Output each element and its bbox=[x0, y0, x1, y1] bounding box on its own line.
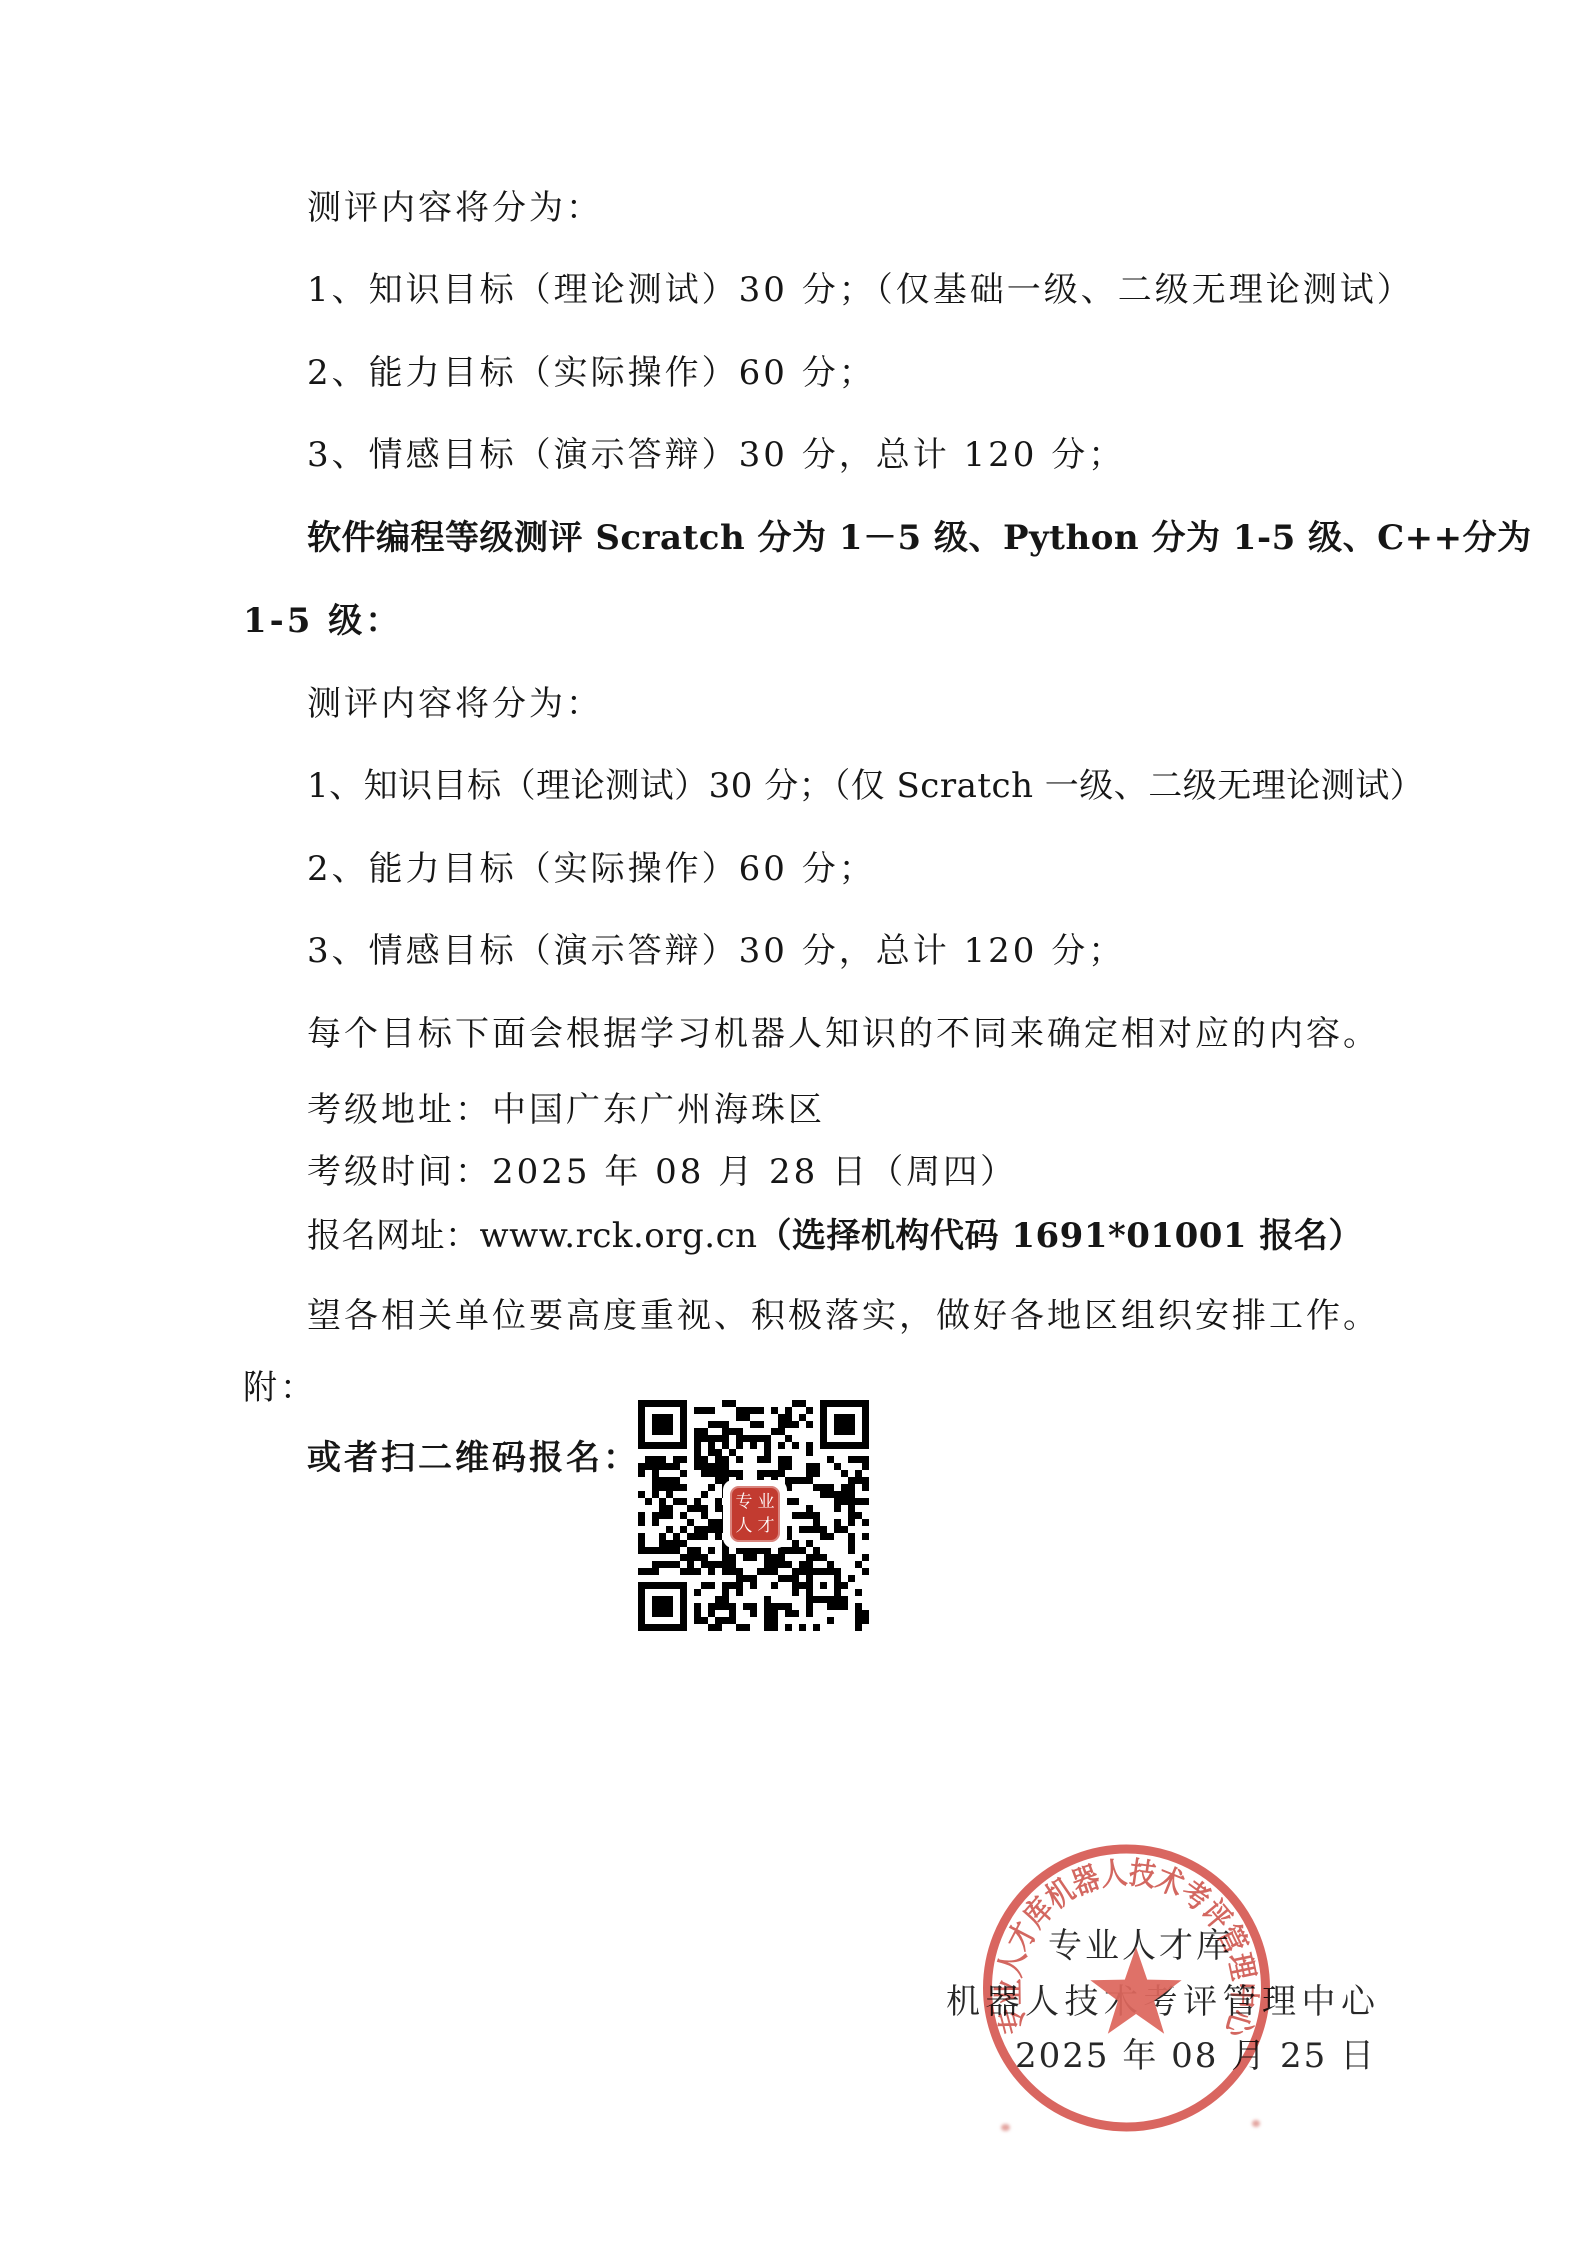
stamp-star-icon bbox=[1081, 1947, 1191, 2042]
paragraph-ability-1: 2、能力目标（实际操作）60 分； bbox=[307, 345, 876, 394]
paragraph-exam-date: 考级时间：2025 年 08 月 28 日（周四） bbox=[307, 1144, 1017, 1193]
paragraph-software-levels: 软件编程等级测评 Scratch 分为 1－5 级、Python 分为 1-5 … bbox=[307, 510, 1532, 559]
paragraph-closing-note: 望各相关单位要高度重视、积极落实，做好各地区组织安排工作。 bbox=[307, 1288, 1380, 1337]
paragraph-eval-intro-1: 测评内容将分为： bbox=[307, 180, 603, 229]
qr-seal-backing: 专 业 人 才 bbox=[723, 1480, 787, 1548]
paragraph-signup-url: 报名网址：www.rck.org.cn（选择机构代码 1691*01001 报名… bbox=[307, 1208, 1363, 1257]
paragraph-ability-2: 2、能力目标（实际操作）60 分； bbox=[307, 841, 876, 890]
paragraph-emotion-1: 3、情感目标（演示答辩）30 分，总计 120 分； bbox=[307, 427, 1125, 476]
paragraph-emotion-2: 3、情感目标（演示答辩）30 分，总计 120 分； bbox=[307, 923, 1125, 972]
qr-red-seal: 专 业 人 才 bbox=[730, 1486, 780, 1542]
paragraph-attachment: 附： bbox=[243, 1360, 317, 1409]
ink-speck bbox=[1252, 2120, 1260, 2127]
paragraph-exam-address: 考级地址：中国广东广州海珠区 bbox=[307, 1082, 825, 1131]
paragraph-eval-intro-2: 测评内容将分为： bbox=[307, 676, 603, 725]
ink-speck bbox=[1001, 2124, 1010, 2131]
signup-url-text: 报名网址：www.rck.org.cn bbox=[307, 1216, 758, 1256]
qr-seal-char: 业 bbox=[758, 1494, 775, 1511]
qr-seal-char: 专 bbox=[736, 1494, 753, 1511]
signup-org-code: （选择机构代码 1691*01001 报名） bbox=[758, 1216, 1363, 1256]
paragraph-knowledge-1: 1、知识目标（理论测试）30 分；（仅基础一级、二级无理论测试） bbox=[307, 262, 1414, 311]
qr-code: 专 业 人 才 bbox=[638, 1400, 869, 1631]
paragraph-scan-qr: 或者扫二维码报名： bbox=[307, 1430, 640, 1479]
qr-seal-char: 人 bbox=[736, 1518, 753, 1535]
paragraph-levels-cont: 1-5 级： bbox=[243, 593, 402, 642]
paragraph-knowledge-2: 1、知识目标（理论测试）30 分；（仅 Scratch 一级、二级无理论测试） bbox=[307, 758, 1424, 807]
document-page: 测评内容将分为： 1、知识目标（理论测试）30 分；（仅基础一级、二级无理论测试… bbox=[0, 0, 1587, 2245]
qr-seal-char: 才 bbox=[758, 1518, 775, 1535]
paragraph-goal-note: 每个目标下面会根据学习机器人知识的不同来确定相对应的内容。 bbox=[307, 1006, 1380, 1055]
